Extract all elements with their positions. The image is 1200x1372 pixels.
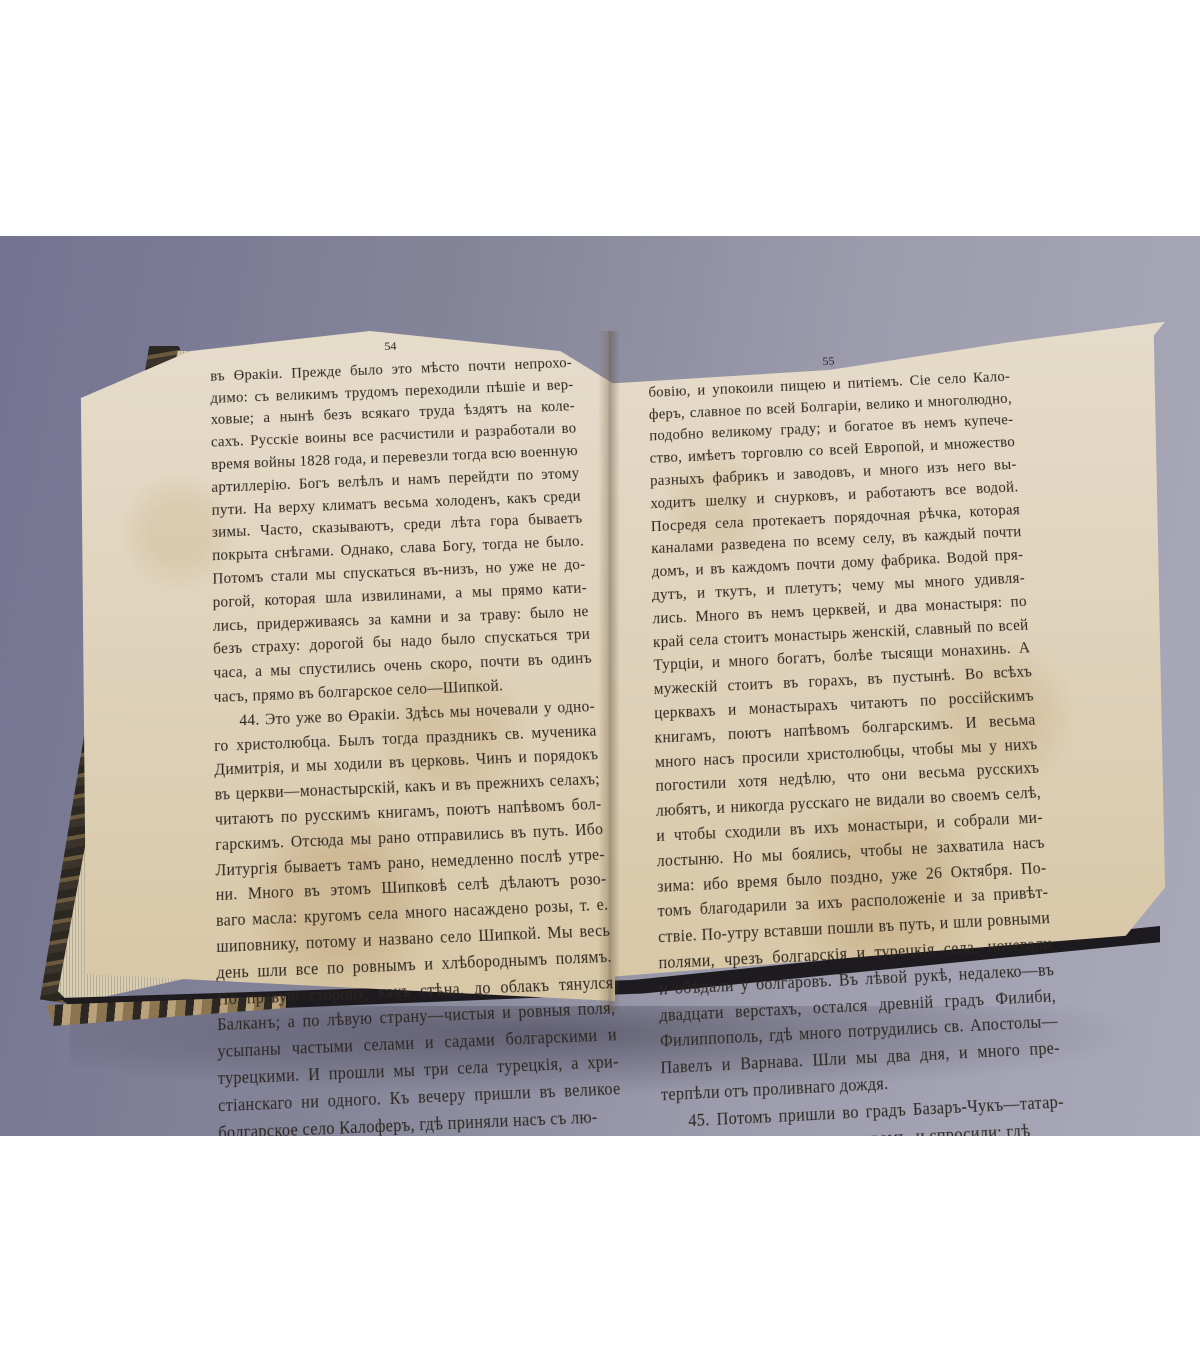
- left-page-text: 54 въ Өракіи. Прежде было это мѣсто почт…: [210, 329, 623, 1136]
- right-page-lines: бовію, и упокоили пищею и питіемъ. Сіе с…: [648, 366, 1066, 1136]
- right-page-text: 55 бовію, и упокоили пищею и питіемъ. Сі…: [648, 343, 1067, 1136]
- book-photograph: 54 въ Өракіи. Прежде было это мѣсто почт…: [0, 236, 1200, 1136]
- left-page-lines: въ Өракіи. Прежде было это мѣсто почти н…: [210, 353, 623, 1136]
